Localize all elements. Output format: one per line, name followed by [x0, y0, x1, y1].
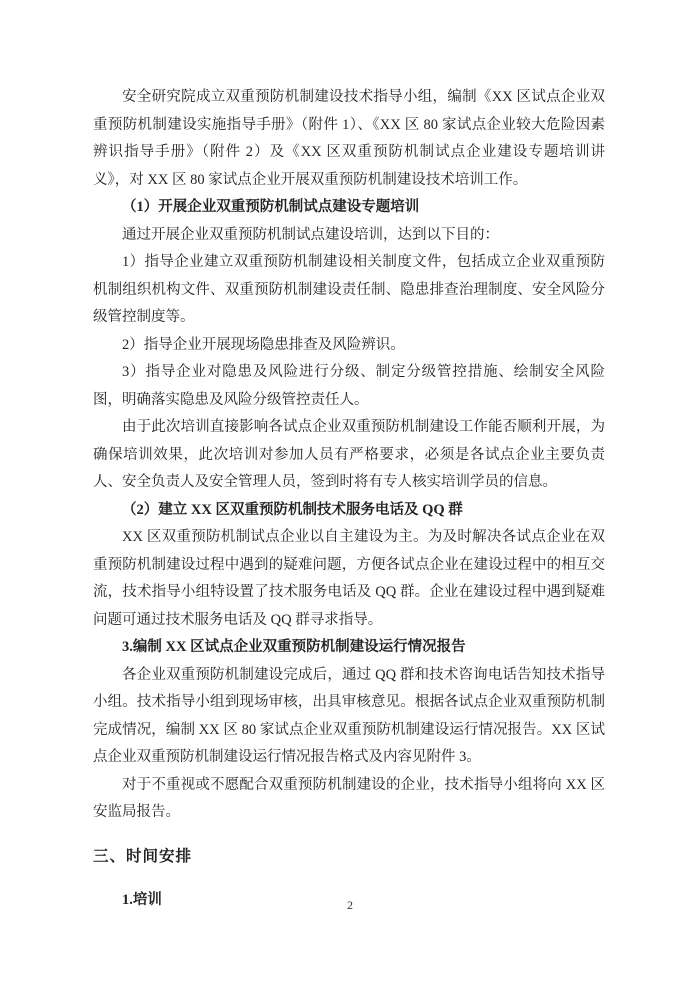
paragraph: XX 区双重预防机制试点企业以自主建设为主。为及时解决各试点企业在双重预防机制建…	[93, 524, 605, 634]
document-body: 安全研究院成立双重预防机制建设技术指导小组，编制《XX 区试点企业双重预防机制建…	[93, 84, 605, 915]
document-page: 安全研究院成立双重预防机制建设技术指导小组，编制《XX 区试点企业双重预防机制建…	[0, 0, 700, 990]
section-subheading: 3.编制 XX 区试点企业双重预防机制建设运行情况报告	[93, 634, 605, 662]
paragraph: 对于不重视或不愿配合双重预防机制建设的企业，技术指导小组将向 XX 区安监局报告…	[93, 772, 605, 827]
paragraph: 通过开展企业双重预防机制试点建设培训，达到以下目的：	[93, 222, 605, 250]
paragraph: 安全研究院成立双重预防机制建设技术指导小组，编制《XX 区试点企业双重预防机制建…	[93, 84, 605, 194]
paragraph: 2）指导企业开展现场隐患排查及风险辨识。	[93, 332, 605, 360]
section-heading: 三、时间安排	[93, 843, 605, 871]
section-subheading: （2）建立 XX 区双重预防机制技术服务电话及 QQ 群	[93, 497, 605, 525]
page-number: 2	[0, 897, 700, 913]
paragraph: 各企业双重预防机制建设完成后，通过 QQ 群和技术咨询电话告知技术指导小组。技术…	[93, 662, 605, 772]
paragraph: 由于此次培训直接影响各试点企业双重预防机制建设工作能否顺利开展，为确保培训效果，…	[93, 414, 605, 497]
paragraph: 3）指导企业对隐患及风险进行分级、制定分级管控措施、绘制安全风险图，明确落实隐患…	[93, 359, 605, 414]
section-subheading: （1）开展企业双重预防机制试点建设专题培训	[93, 194, 605, 222]
paragraph: 1）指导企业建立双重预防机制建设相关制度文件，包括成立企业双重预防机制组织机构文…	[93, 249, 605, 332]
